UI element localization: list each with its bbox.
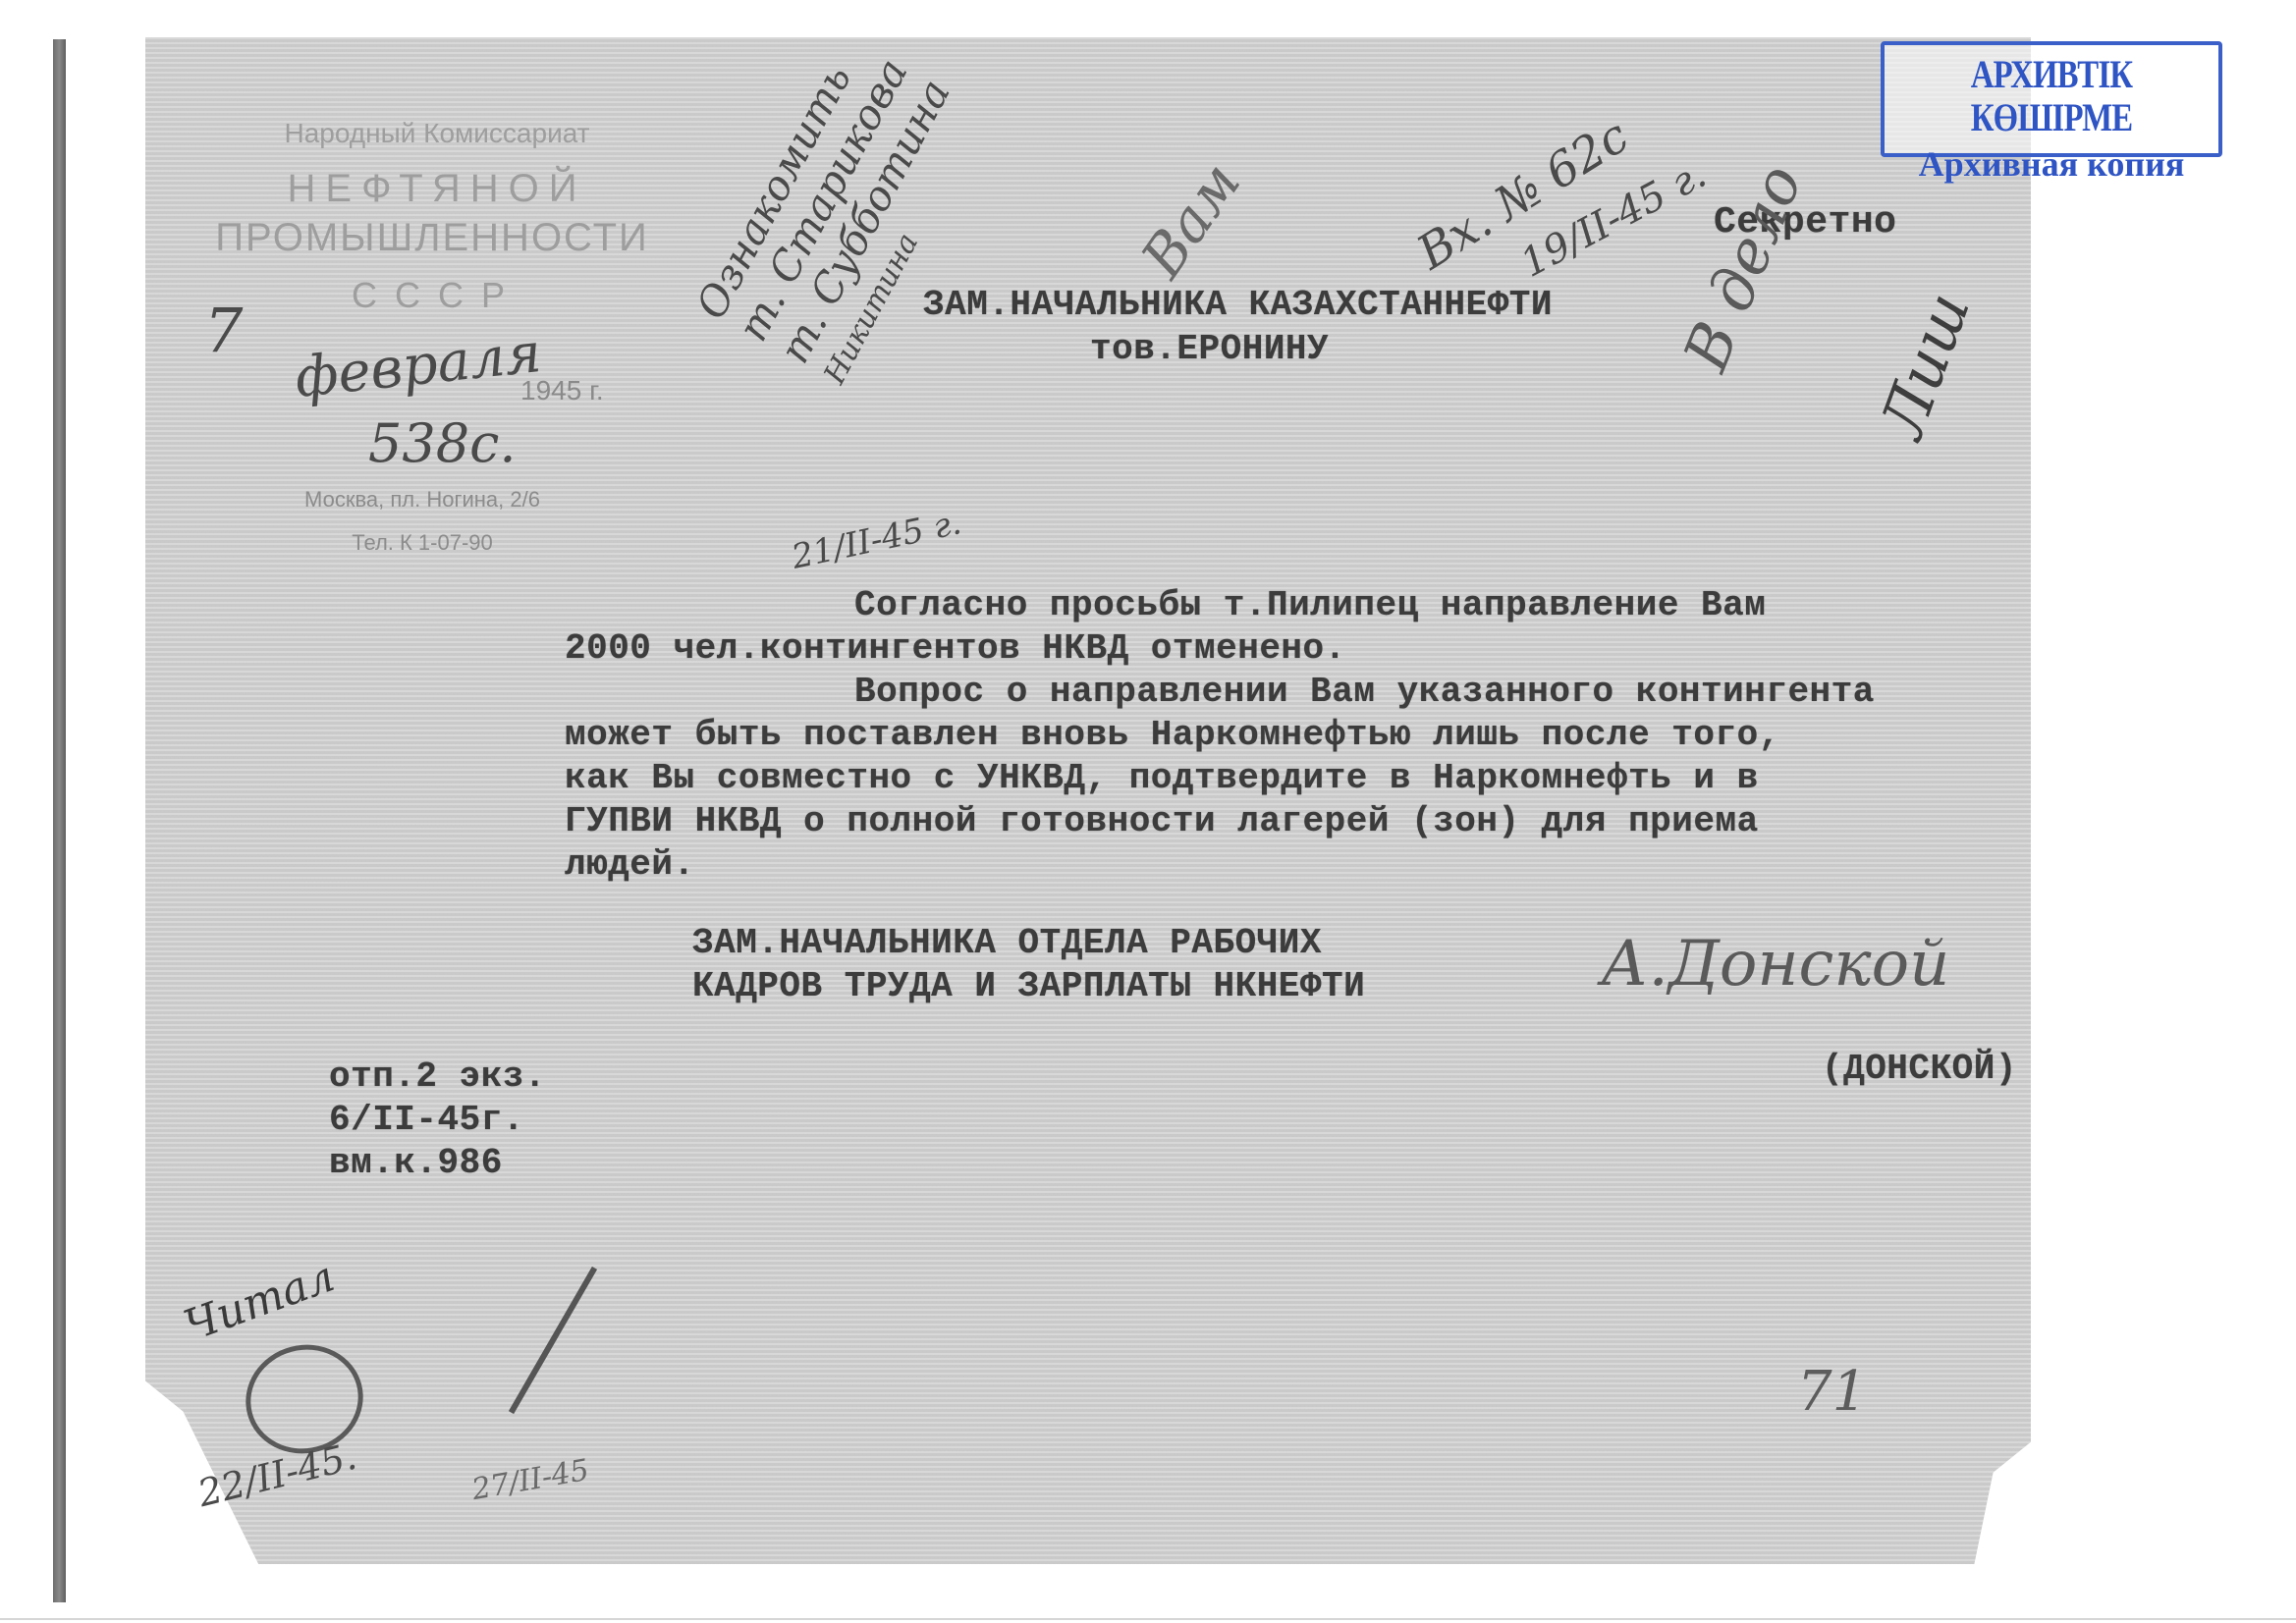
signatory-title-line-1: ЗАМ.НАЧАЛЬНИКА ОТДЕЛА РАБОЧИХ [692,923,1322,963]
outgoing-number: 538с. [368,412,516,474]
footer-copies: отп.2 экз. [329,1056,546,1097]
date-day: 7 [204,295,243,366]
stamp-line-kazakh: АРХИВТІК КӨШІРМЕ [1915,53,2189,139]
body-line-4: может быть поставлен вновь Наркомнефтью … [565,715,1780,755]
stamp-line-russian: Архивная копия [1885,143,2218,185]
footer-date: 6/II-45г. [329,1100,524,1140]
body-line-2: 2000 чел.контингентов НКВД отменено. [565,628,1346,669]
signatory-title-line-2: КАДРОВ ТРУДА И ЗАРПЛАТЫ НКНЕФТИ [692,966,1365,1006]
scan-bottom-edge [0,1618,2296,1620]
footer-ref: вм.к.986 [329,1143,503,1183]
letterhead-address: Москва, пл. Ногина, 2/6 [226,487,619,513]
body-line-1: Согласно просьбы т.Пилипец направление В… [854,585,1766,625]
letterhead-phone: Тел. К 1-07-90 [226,530,619,556]
body-line-7: людей. [565,844,695,885]
handwritten-signature: А.Донской [1601,928,1949,1001]
addressee-title: ЗАМ.НАЧАЛЬНИКА КАЗАХСТАННЕФТИ [923,285,1553,325]
archive-copy-stamp: АРХИВТІК КӨШІРМЕ Архивная копия [1881,41,2222,157]
date-year: 1945 г. [520,375,604,406]
signatory-name: (ДОНСКОЙ) [1822,1049,2017,1089]
body-line-5: как Вы совместно с УНКВД, подтвердите в … [565,758,1759,798]
body-line-6: ГУПВИ НКВД о полной готовности лагерей (… [565,801,1759,841]
scan-edge-bar [53,39,66,1602]
letterhead-line-1: Народный Комиссариат [206,118,668,149]
body-line-3: Вопрос о направлении Вам указанного конт… [854,672,1875,712]
letterhead-line-3: ПРОМЫШЛЕННОСТИ [177,216,687,260]
page-number-handwritten: 71 [1797,1360,1867,1424]
letterhead-line-4: СССР [206,275,668,316]
letterhead-line-2: НЕФТЯНОЙ [206,167,668,211]
addressee-name: тов.ЕРОНИНУ [1090,329,1329,369]
